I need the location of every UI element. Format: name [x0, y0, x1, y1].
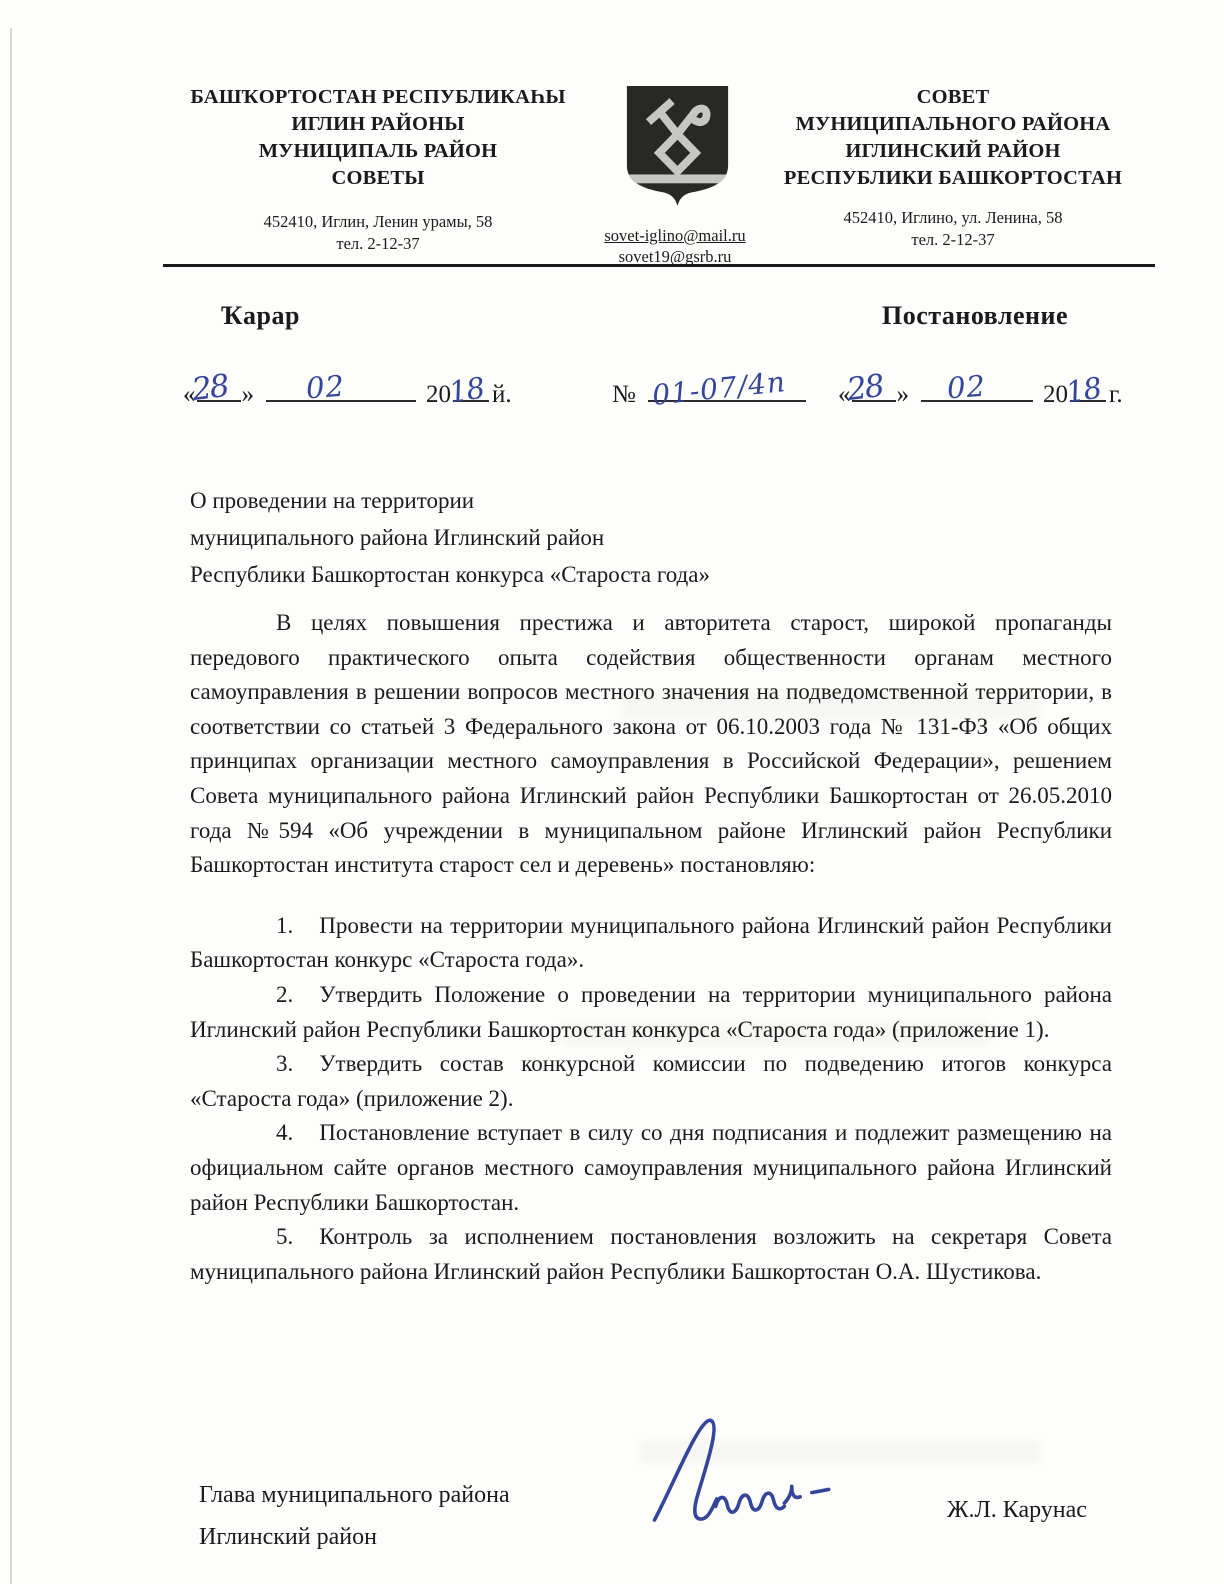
signatory-name: Ж.Л. Карунас: [947, 1497, 1087, 1524]
resolution-item-1: 1.Провести на территории муниципального …: [190, 909, 1112, 978]
handwritten-day: 28: [844, 368, 884, 408]
item-number: 2.: [276, 982, 293, 1007]
handwritten-year: 18: [1064, 370, 1104, 409]
position-line: Глава муниципального района: [199, 1474, 510, 1516]
document-number-field: №01-07/4п: [612, 381, 806, 409]
doc-type-bashkir: Ҡарар: [221, 301, 300, 331]
letterhead-bashkir: БАШҠОРТОСТАН РЕСПУБЛИКАҺЫ ИГЛИН РАЙОНЫ М…: [168, 84, 588, 255]
item-text: Провести на территории муниципального ра…: [190, 913, 1112, 973]
item-number: 3.: [276, 1051, 293, 1076]
org-name-line: МУНИЦИПАЛЬ РАЙОН: [168, 138, 588, 165]
handwritten-month: 02: [305, 369, 346, 406]
document-body: В целях повышения престижа и авторитета …: [190, 606, 1112, 1289]
month-blank: 02: [921, 395, 1033, 402]
handwritten-number: 01-07/4п: [651, 365, 788, 412]
scanned-resolution-document: БАШҠОРТОСТАН РЕСПУБЛИКАҺЫ ИГЛИН РАЙОНЫ М…: [0, 0, 1224, 1584]
org-name-line: БАШҠОРТОСТАН РЕСПУБЛИКАҺЫ: [168, 84, 588, 111]
coat-of-arms-icon: [621, 80, 734, 208]
org-name-line: МУНИЦИПАЛЬНОГО РАЙОНА: [752, 111, 1154, 138]
handwritten-month: 02: [946, 369, 987, 406]
item-text: Постановление вступает в силу со дня под…: [190, 1120, 1112, 1214]
number-blank: 01-07/4п: [648, 395, 806, 402]
item-text: Утвердить Положение о проведении на терр…: [190, 982, 1112, 1042]
phone-line: тел. 2-12-37: [752, 229, 1154, 251]
handwritten-signature: [648, 1406, 870, 1538]
item-number: 4.: [276, 1120, 293, 1145]
close-quote: »: [242, 381, 255, 408]
month-blank: 02: [266, 395, 416, 402]
org-name-line: СОВЕТ: [752, 84, 1154, 111]
doc-type-russian: Постановление: [882, 301, 1068, 331]
position-line: Иглинский район: [199, 1516, 510, 1558]
resolution-item-5: 5.Контроль за исполнением постановления …: [190, 1220, 1112, 1289]
title-line: Республики Башкортостан конкурса «Старос…: [190, 556, 1010, 593]
title-line: муниципального района Иглинский район: [190, 519, 1010, 556]
item-text: Утвердить состав конкурсной комиссии по …: [190, 1051, 1112, 1111]
date-field-russian: «28»022018г.: [838, 381, 1123, 409]
day-blank: 28: [197, 395, 241, 402]
org-name-line: ИГЛИН РАЙОНЫ: [168, 111, 588, 138]
day-blank: 28: [852, 395, 896, 402]
letterhead-divider-line: [163, 264, 1155, 267]
handwritten-year: 18: [447, 370, 487, 409]
number-sign: №: [612, 381, 636, 408]
year-blank: 18: [453, 395, 489, 402]
item-number: 5.: [276, 1224, 293, 1249]
preamble-paragraph: В целях повышения престижа и авторитета …: [190, 606, 1112, 883]
address-line: 452410, Иглино, ул. Ленина, 58: [752, 207, 1154, 229]
address-line: 452410, Иглин, Ленин урамы, 58: [168, 211, 588, 233]
year-blank: 18: [1070, 395, 1106, 402]
phone-line: тел. 2-12-37: [168, 233, 588, 255]
resolution-item-3: 3.Утвердить состав конкурсной комиссии п…: [190, 1047, 1112, 1116]
era-label: г.: [1109, 381, 1123, 408]
scan-edge-artifact: [10, 28, 12, 1584]
date-field-bashkir: «28»022018й.: [183, 381, 512, 409]
org-name-line: РЕСПУБЛИКИ БАШКОРТОСТАН: [752, 165, 1154, 192]
org-name-line: ИГЛИНСКИЙ РАЙОН: [752, 138, 1154, 165]
resolution-item-2: 2.Утвердить Положение о проведении на те…: [190, 978, 1112, 1047]
title-line: О проведении на территории: [190, 482, 1010, 519]
item-number: 1.: [276, 913, 293, 938]
org-name-line: СОВЕТЫ: [168, 165, 588, 192]
resolution-item-4: 4.Постановление вступает в силу со дня п…: [190, 1116, 1112, 1220]
handwritten-day: 28: [189, 368, 229, 408]
signatory-position: Глава муниципального района Иглинский ра…: [199, 1474, 510, 1558]
letterhead-russian: СОВЕТ МУНИЦИПАЛЬНОГО РАЙОНА ИГЛИНСКИЙ РА…: [752, 84, 1154, 251]
document-title: О проведении на территории муниципальног…: [190, 482, 1010, 593]
close-quote: »: [897, 381, 910, 408]
item-text: Контроль за исполнением постановления во…: [190, 1224, 1112, 1284]
era-label: й.: [492, 381, 512, 408]
